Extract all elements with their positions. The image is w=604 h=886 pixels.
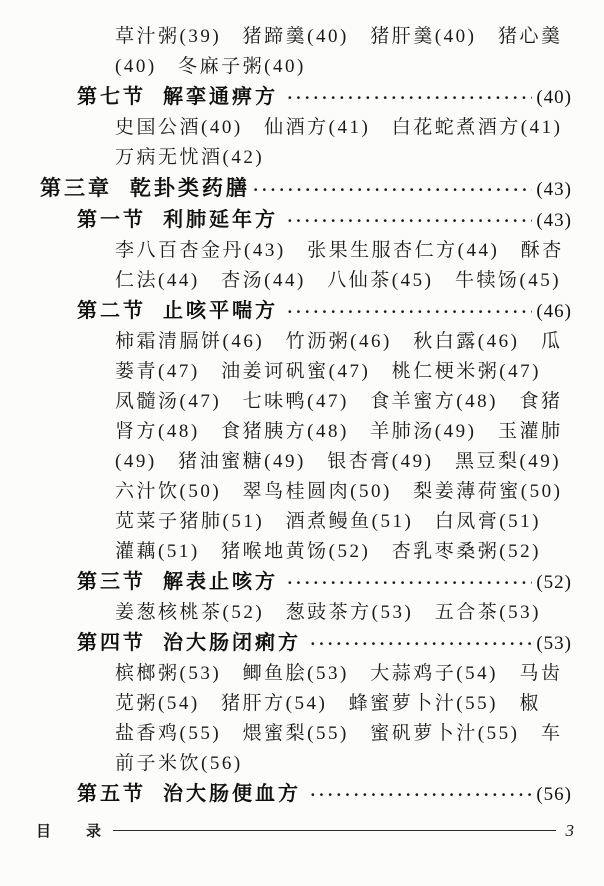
chapter-number-label: 第三章 (40, 173, 112, 203)
footer-rule (113, 830, 555, 832)
toc-section-heading: 第一节利肺延年方(43) (77, 205, 572, 236)
toc-page-number: (56) (536, 780, 572, 810)
page-footer: 目 录 3 (36, 820, 574, 841)
toc-section-heading: 第五节治大肠便血方(56) (77, 779, 572, 810)
toc-recipe-line: 凤髓汤(47) 七味鸭(47) 食羊蜜方(48) 食猪 (115, 387, 572, 417)
toc-section-heading: 第二节止咳平喘方(46) (77, 296, 572, 327)
section-title: 治大肠闭痢方 (163, 628, 301, 658)
section-title: 治大肠便血方 (163, 779, 301, 809)
section-number-label: 第七节 (77, 82, 146, 112)
section-title: 利肺延年方 (163, 205, 278, 235)
chapter-title: 乾卦类药膳 (130, 173, 250, 203)
dot-leader (287, 205, 532, 236)
section-title: 解表止咳方 (163, 567, 278, 597)
toc-recipe-line: 前子米饮(56) (115, 749, 572, 779)
toc-page-number: (43) (536, 206, 572, 236)
dot-leader (287, 82, 532, 113)
book-toc-page: 草汁粥(39) 猪蹄羹(40) 猪肝羹(40) 猪心羹(40) 冬麻子粥(40)… (0, 0, 604, 886)
toc-recipe-line: (40) 冬麻子粥(40) (115, 52, 572, 82)
toc-recipe-line: 槟榔粥(53) 鲫鱼脍(53) 大蒜鸡子(54) 马齿 (115, 659, 572, 689)
dot-leader (253, 173, 533, 205)
toc-chapter-heading: 第三章乾卦类药膳(43) (40, 173, 572, 205)
footer-running-title: 目 录 (36, 820, 111, 841)
section-title: 解挛通痹方 (163, 82, 278, 112)
toc-recipe-line: 草汁粥(39) 猪蹄羹(40) 猪肝羹(40) 猪心羹 (115, 22, 572, 52)
footer-page-number: 3 (566, 821, 575, 841)
toc-recipe-line: 六汁饮(50) 翠鸟桂圆肉(50) 梨姜薄荷蜜(50) (115, 477, 572, 507)
toc-recipe-line: 史国公酒(40) 仙酒方(41) 白花蛇煮酒方(41) (115, 113, 572, 143)
dot-leader (310, 779, 532, 810)
toc-lines: 草汁粥(39) 猪蹄羹(40) 猪肝羹(40) 猪心羹(40) 冬麻子粥(40)… (40, 22, 572, 810)
toc-recipe-line: 蒌青(47) 油姜诃矾蜜(47) 桃仁梗米粥(47) (115, 357, 572, 387)
section-number-label: 第二节 (77, 296, 146, 326)
dot-leader (287, 567, 532, 598)
section-number-label: 第五节 (77, 779, 146, 809)
toc-recipe-line: 苋菜子猪肺(51) 酒煮鳗鱼(51) 白凤膏(51) (115, 507, 572, 537)
section-number-label: 第四节 (77, 628, 146, 658)
dot-leader (287, 296, 532, 327)
toc-page-number: (46) (536, 297, 572, 327)
toc-recipe-line: 姜葱核桃茶(52) 葱豉茶方(53) 五合茶(53) (115, 598, 572, 628)
toc-recipe-line: 李八百杏金丹(43) 张果生服杏仁方(44) 酥杏 (115, 236, 572, 266)
toc-section-heading: 第七节解挛通痹方(40) (77, 82, 572, 113)
toc-section-heading: 第三节解表止咳方(52) (77, 567, 572, 598)
section-number-label: 第一节 (77, 205, 146, 235)
toc-recipe-line: 灌藕(51) 猪喉地黄饧(52) 杏乳枣桑粥(52) (115, 537, 572, 567)
toc-recipe-line: 柿霜清膈饼(46) 竹沥粥(46) 秋白露(46) 瓜 (115, 327, 572, 357)
section-number-label: 第三节 (77, 567, 146, 597)
toc-page-number: (40) (536, 83, 572, 113)
toc-page-number: (43) (536, 175, 572, 205)
toc-recipe-line: 肾方(48) 食猪胰方(48) 羊肺汤(49) 玉灌肺 (115, 417, 572, 447)
toc-recipe-line: 苋粥(54) 猪肝方(54) 蜂蜜萝卜汁(55) 椒 (115, 689, 572, 719)
toc-recipe-line: (49) 猪油蜜糖(49) 银杏膏(49) 黑豆梨(49) (115, 447, 572, 477)
section-title: 止咳平喘方 (163, 296, 278, 326)
toc-section-heading: 第四节治大肠闭痢方(53) (77, 628, 572, 659)
toc-page-number: (53) (536, 629, 572, 659)
dot-leader (310, 628, 532, 659)
toc-recipe-line: 仁法(44) 杏汤(44) 八仙茶(45) 牛犊饧(45) (115, 266, 572, 296)
toc-recipe-line: 万病无忧酒(42) (115, 143, 572, 173)
toc-page-number: (52) (536, 568, 572, 598)
toc-recipe-line: 盐香鸡(55) 煨蜜梨(55) 蜜矾萝卜汁(55) 车 (115, 719, 572, 749)
